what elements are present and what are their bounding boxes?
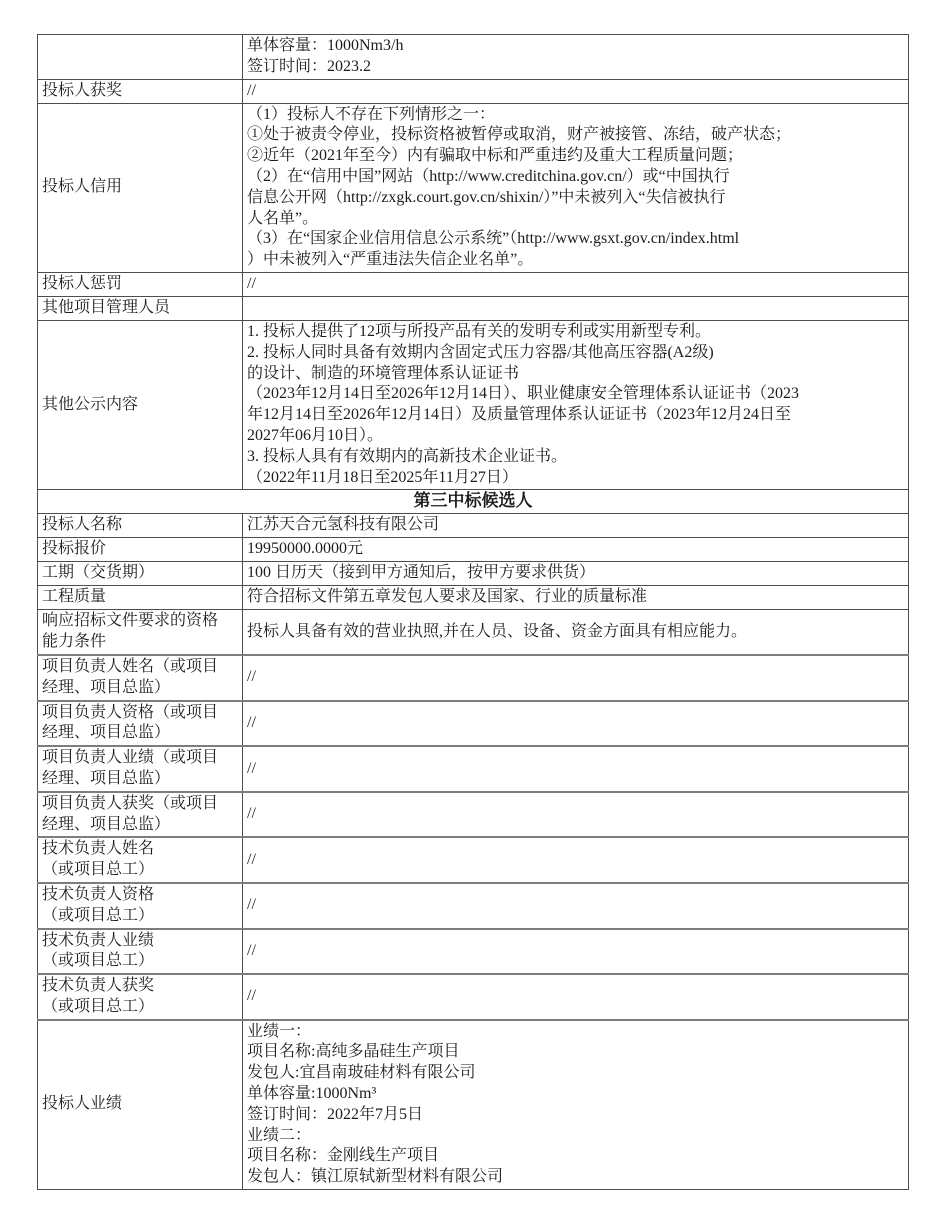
table-row: 投标人惩罚 // xyxy=(38,272,909,296)
table-row: 技术负责人获奖 （或项目总工） // xyxy=(38,974,909,1020)
table-row: 项目负责人获奖（或项目 经理、项目总监） // xyxy=(38,792,909,838)
table-row: 投标人获奖 // xyxy=(38,79,909,103)
row-label: 其他公示内容 xyxy=(38,320,243,489)
table-row: 技术负责人资格 （或项目总工） // xyxy=(38,883,909,929)
table-row: 投标人名称 江苏天合元氢科技有限公司 xyxy=(38,514,909,538)
row-label: 投标报价 xyxy=(38,538,243,562)
row-value: （1）投标人不存在下列情形之一： ①处于被责令停业，投标资格被暂停或取消，财产被… xyxy=(243,103,909,272)
row-value: // xyxy=(243,272,909,296)
row-label: 技术负责人获奖 （或项目总工） xyxy=(38,974,243,1020)
row-label: 投标人业绩 xyxy=(38,1020,243,1190)
row-label: 投标人名称 xyxy=(38,514,243,538)
row-value: // xyxy=(243,929,909,975)
table-row: 项目负责人姓名（或项目 经理、项目总监） // xyxy=(38,655,909,701)
section-header-row: 第三中标候选人 xyxy=(38,490,909,514)
table-row: 响应招标文件要求的资格 能力条件 投标人具备有效的营业执照,并在人员、设备、资金… xyxy=(38,610,909,655)
table-row: 其他项目管理人员 xyxy=(38,296,909,320)
table-row: 工期（交货期） 100 日历天（接到甲方通知后，按甲方要求供货） xyxy=(38,562,909,586)
row-value: // xyxy=(243,792,909,838)
row-value: 1. 投标人提供了12项与所投产品有关的发明专利或实用新型专利。 2. 投标人同… xyxy=(243,320,909,489)
row-label: 投标人信用 xyxy=(38,103,243,272)
row-value: // xyxy=(243,883,909,929)
table-row: 项目负责人业绩（或项目 经理、项目总监） // xyxy=(38,746,909,792)
table-row: 工程质量 符合招标文件第五章发包人要求及国家、行业的质量标准 xyxy=(38,586,909,610)
table-row: 单体容量：1000Nm3/h 签订时间：2023.2 xyxy=(38,35,909,80)
row-value: // xyxy=(243,655,909,701)
row-value: 投标人具备有效的营业执照,并在人员、设备、资金方面具有相应能力。 xyxy=(243,610,909,655)
row-label: 技术负责人业绩 （或项目总工） xyxy=(38,929,243,975)
table-row: 投标人信用 （1）投标人不存在下列情形之一： ①处于被责令停业，投标资格被暂停或… xyxy=(38,103,909,272)
row-label: 项目负责人姓名（或项目 经理、项目总监） xyxy=(38,655,243,701)
row-value: 符合招标文件第五章发包人要求及国家、行业的质量标准 xyxy=(243,586,909,610)
row-label xyxy=(38,35,243,80)
row-value xyxy=(243,296,909,320)
table-row: 其他公示内容 1. 投标人提供了12项与所投产品有关的发明专利或实用新型专利。 … xyxy=(38,320,909,489)
row-value: // xyxy=(243,79,909,103)
table-row: 投标人业绩 业绩一： 项目名称:高纯多晶硅生产项目 发包人:宜昌南玻硅材料有限公… xyxy=(38,1020,909,1190)
row-label: 技术负责人姓名 （或项目总工） xyxy=(38,837,243,883)
row-label: 项目负责人业绩（或项目 经理、项目总监） xyxy=(38,746,243,792)
row-value: // xyxy=(243,837,909,883)
row-value: // xyxy=(243,701,909,747)
row-value: 100 日历天（接到甲方通知后，按甲方要求供货） xyxy=(243,562,909,586)
row-label: 工期（交货期） xyxy=(38,562,243,586)
row-value: // xyxy=(243,746,909,792)
bid-info-table: 单体容量：1000Nm3/h 签订时间：2023.2 投标人获奖 // 投标人信… xyxy=(37,34,909,1190)
row-value: 单体容量：1000Nm3/h 签订时间：2023.2 xyxy=(243,35,909,80)
row-value: // xyxy=(243,974,909,1020)
table-row: 投标报价 19950000.0000元 xyxy=(38,538,909,562)
row-value: 业绩一： 项目名称:高纯多晶硅生产项目 发包人:宜昌南玻硅材料有限公司 单体容量… xyxy=(243,1020,909,1190)
row-label: 投标人获奖 xyxy=(38,79,243,103)
document: 单体容量：1000Nm3/h 签订时间：2023.2 投标人获奖 // 投标人信… xyxy=(0,0,945,1190)
row-label: 工程质量 xyxy=(38,586,243,610)
section-header: 第三中标候选人 xyxy=(38,490,909,514)
row-label: 技术负责人资格 （或项目总工） xyxy=(38,883,243,929)
row-label: 响应招标文件要求的资格 能力条件 xyxy=(38,610,243,655)
table-row: 技术负责人业绩 （或项目总工） // xyxy=(38,929,909,975)
row-label: 项目负责人资格（或项目 经理、项目总监） xyxy=(38,701,243,747)
row-value: 江苏天合元氢科技有限公司 xyxy=(243,514,909,538)
row-label: 投标人惩罚 xyxy=(38,272,243,296)
row-label: 项目负责人获奖（或项目 经理、项目总监） xyxy=(38,792,243,838)
table-row: 技术负责人姓名 （或项目总工） // xyxy=(38,837,909,883)
row-value: 19950000.0000元 xyxy=(243,538,909,562)
row-label: 其他项目管理人员 xyxy=(38,296,243,320)
table-row: 项目负责人资格（或项目 经理、项目总监） // xyxy=(38,701,909,747)
